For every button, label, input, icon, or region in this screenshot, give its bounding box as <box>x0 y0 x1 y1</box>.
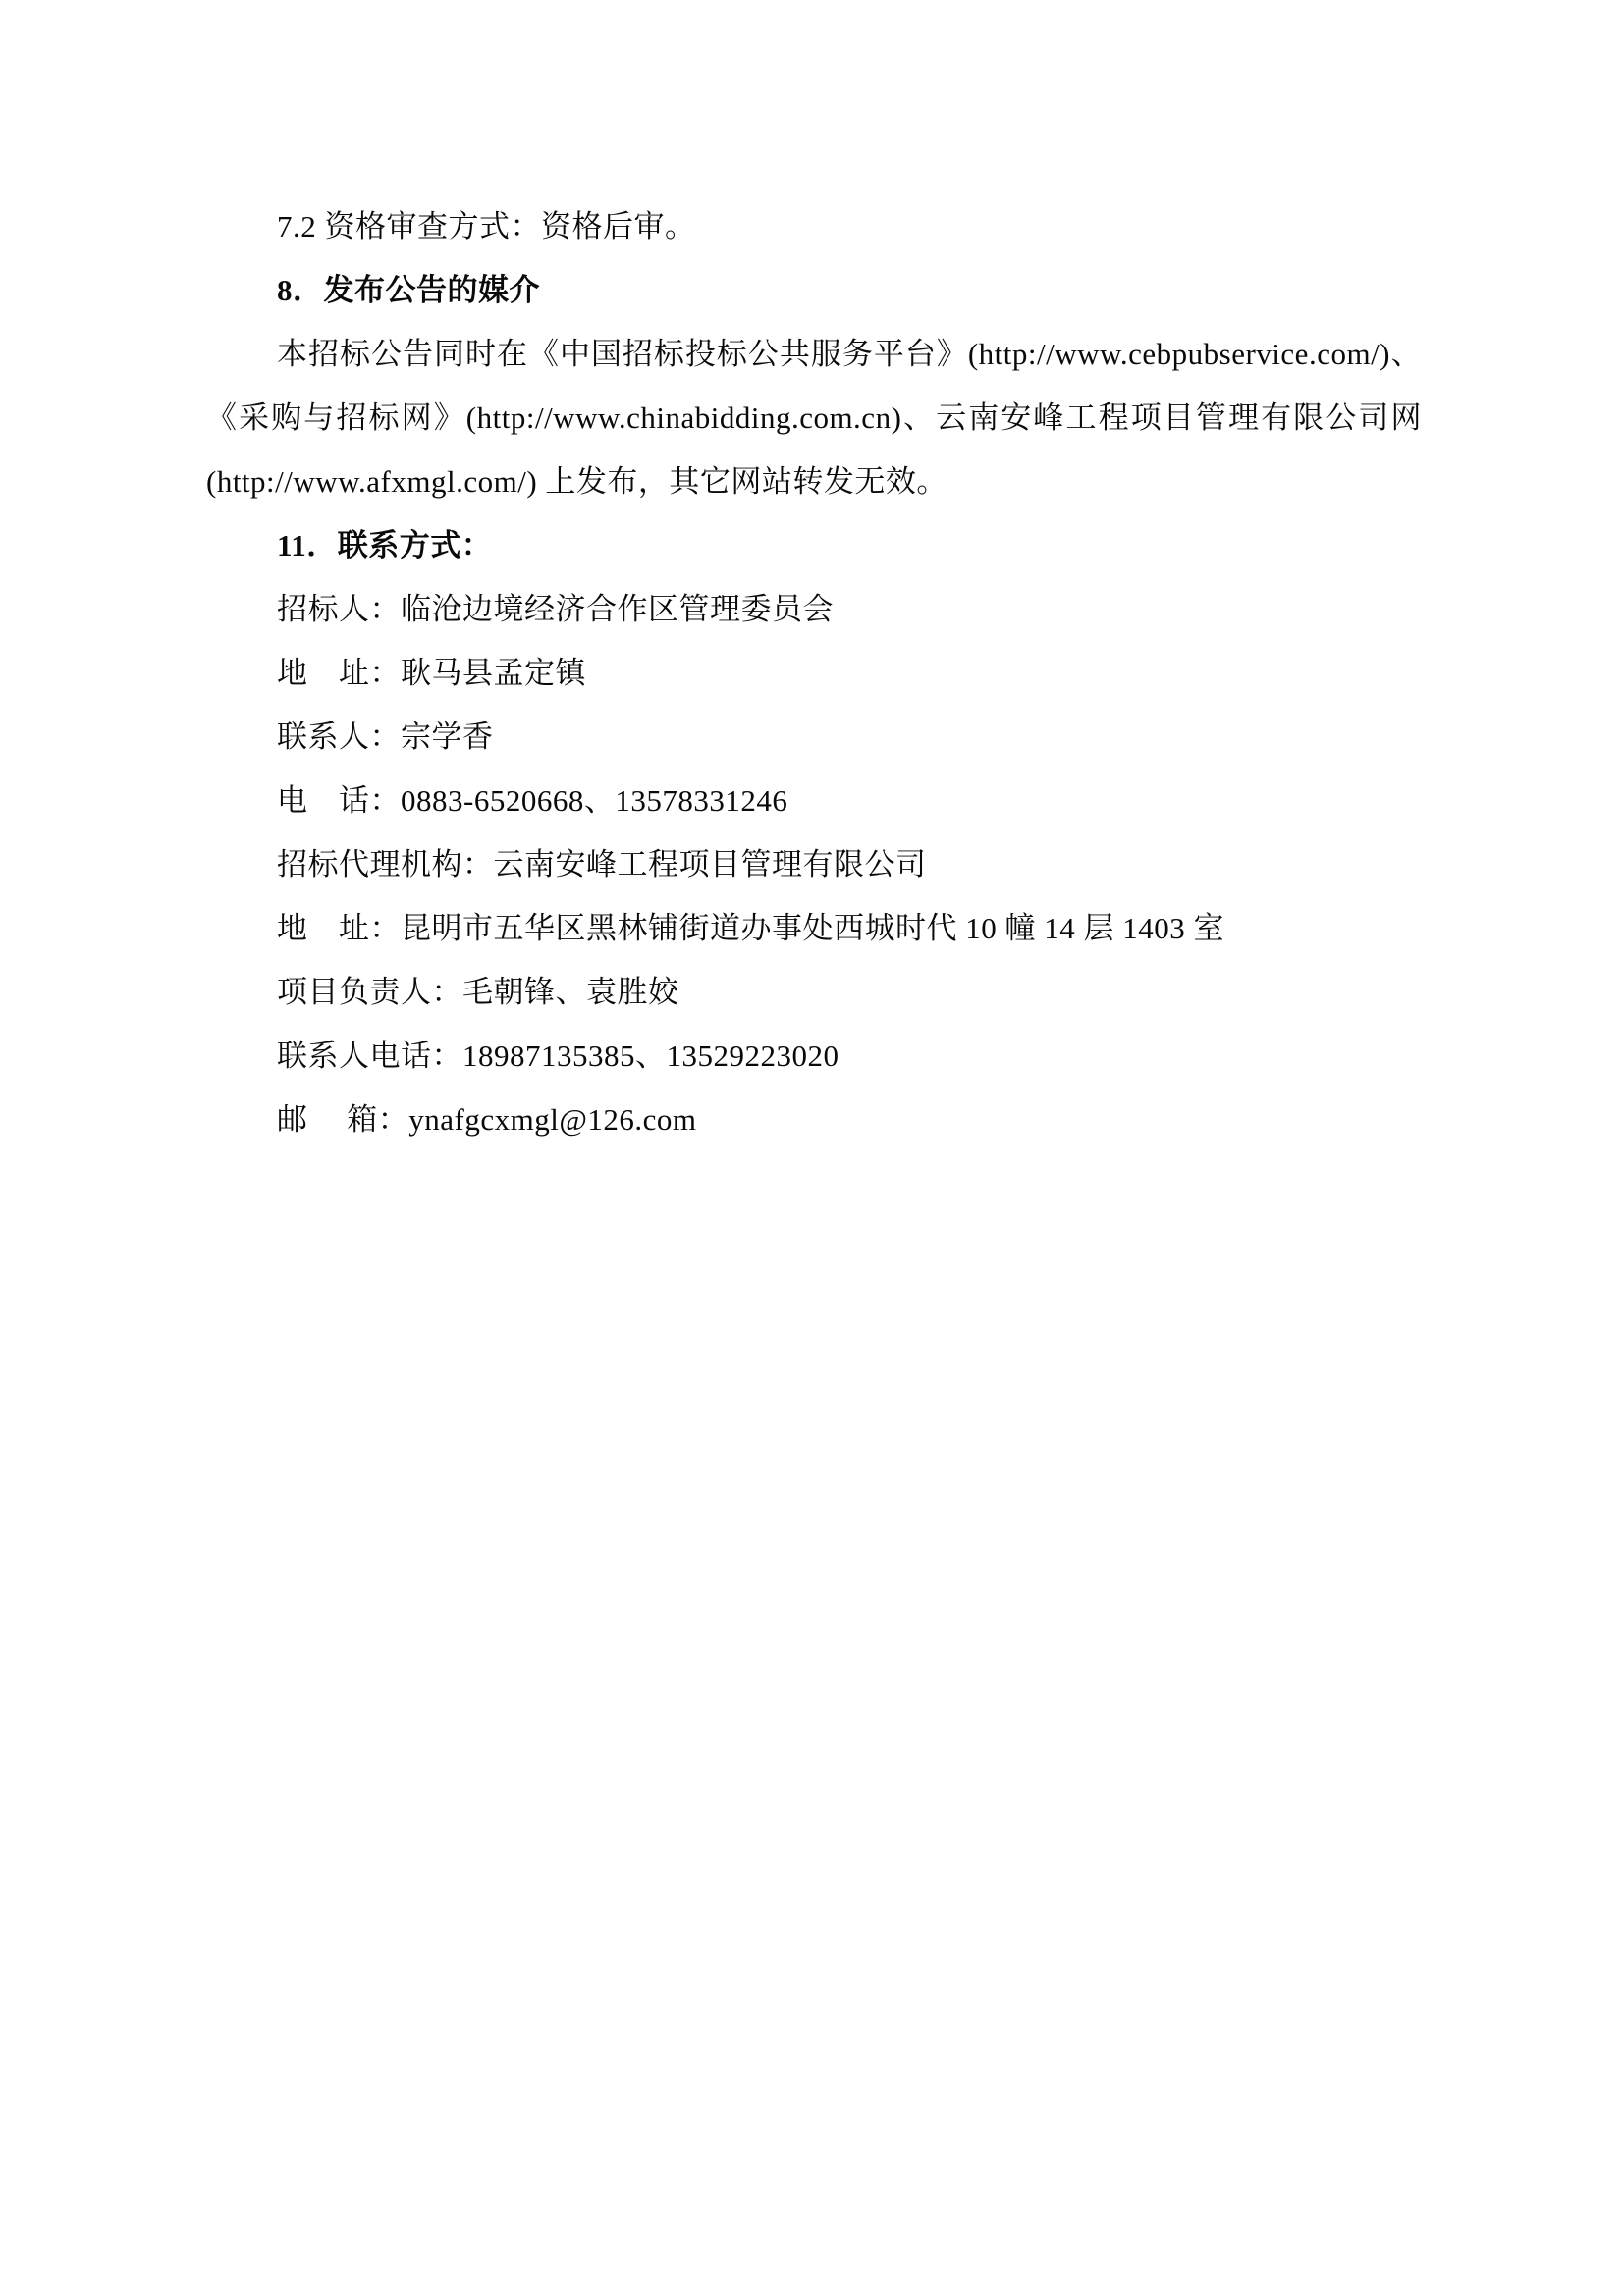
project-manager-line: 项目负责人：毛朝锋、袁胜姣 <box>206 960 1422 1024</box>
email-line: 邮 箱：ynafgcxmgl@126.com <box>206 1088 1422 1151</box>
tenderer-line: 招标人：临沧边境经济合作区管理委员会 <box>206 577 1422 641</box>
agency-address-line: 地 址：昆明市五华区黑林铺街道办事处西城时代 10 幢 14 层 1403 室 <box>206 896 1422 960</box>
tenderer-address-line: 地 址：耿马县孟定镇 <box>206 641 1422 705</box>
qualification-review-line: 7.2 资格审查方式：资格后审。 <box>206 194 1422 258</box>
document-content: 7.2 资格审查方式：资格后审。 8．发布公告的媒介 本招标公告同时在《中国招标… <box>206 194 1422 1151</box>
phone-line: 电 话：0883-6520668、13578331246 <box>206 769 1422 832</box>
media-paragraph-line-3: (http://www.afxmgl.com/) 上发布，其它网站转发无效。 <box>206 450 1422 513</box>
media-section-heading: 8．发布公告的媒介 <box>206 258 1422 322</box>
document-page: 7.2 资格审查方式：资格后审。 8．发布公告的媒介 本招标公告同时在《中国招标… <box>0 0 1624 2296</box>
media-paragraph-line-1: 本招标公告同时在《中国招标投标公共服务平台》(http://www.cebpub… <box>206 322 1422 386</box>
contact-phone-line: 联系人电话：18987135385、13529223020 <box>206 1024 1422 1088</box>
agency-line: 招标代理机构：云南安峰工程项目管理有限公司 <box>206 832 1422 896</box>
contact-person-line: 联系人：宗学香 <box>206 705 1422 769</box>
media-paragraph-line-2: 《采购与招标网》(http://www.chinabidding.com.cn)… <box>206 386 1422 450</box>
contact-section-heading: 11．联系方式： <box>206 513 1422 577</box>
